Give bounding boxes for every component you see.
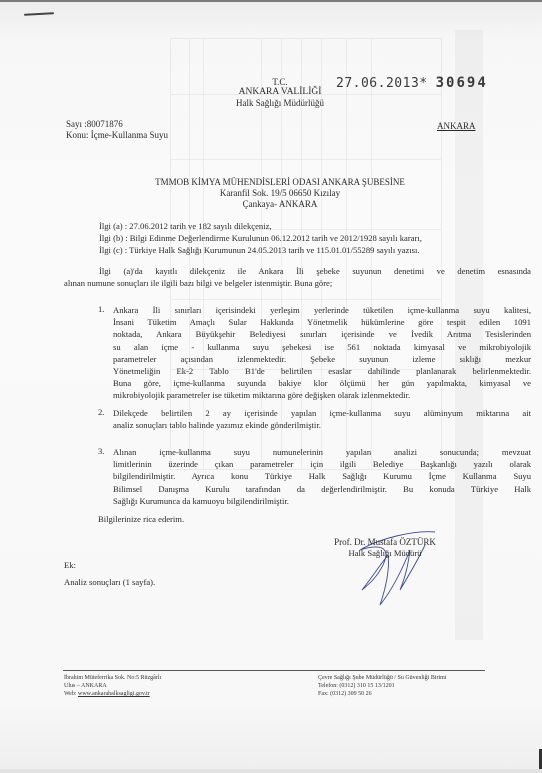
footer-address-line2: Ulus – ANKARA [64, 682, 107, 690]
recipient-city: Çankaya- ANKARA [120, 199, 440, 210]
footer-web: Web: www.ankarahalksagligi.gov.tr [64, 690, 150, 698]
item-2-text: Dilekçede belirtilen 2 ay içerisinde yap… [113, 407, 531, 431]
attachment-label: Ek: [64, 560, 76, 571]
item-3-text: Alınan içme-kullanma suyu numunelerinin … [113, 446, 531, 507]
footer-unit: Çevre Sağlığı Şube Müdürlüğü / Su Güvenl… [318, 674, 447, 682]
attachment-value: Analiz sonuçları (1 sayfa). [64, 577, 155, 588]
intro-paragraph: İlgi (a)'da kayıtlı dilekçeniz ile Ankar… [64, 265, 531, 289]
item-2-number: 2. [98, 407, 104, 417]
document-place: ANKARA [437, 121, 476, 132]
stamp-date: 27.06.2013 [336, 76, 419, 91]
signatory-name: Prof. Dr. Mustafa ÖZTÜRK [320, 537, 450, 548]
signature-scribble [340, 520, 460, 620]
footer-divider [63, 670, 485, 671]
reference-a: İlgi (a) : 27.06.2012 tarih ve 182 sayıl… [99, 221, 272, 232]
recipient-address: Karanfil Sok. 19/5 06650 Kızılay [120, 188, 440, 199]
document-number: Sayı :80071876 [66, 119, 123, 130]
signatory-title: Halk Sağlığı Müdürü [320, 548, 450, 559]
footer-web-link[interactable]: www.ankarahalksagligi.gov.tr [78, 691, 150, 697]
header-department: Halk Sağlığı Müdürlüğü [210, 98, 350, 109]
stamp-number: 30694 [436, 75, 488, 91]
document-subject: Konu: İçme-Kullanma Suyu [66, 130, 168, 141]
registry-stamp: 27.06.2013*30694 [336, 75, 488, 91]
scan-bottom-edge [0, 769, 542, 773]
item-1-text: Ankara İli sınırları içerisindeki yerleş… [113, 304, 531, 402]
reference-b: İlgi (b) : Bilgi Edinme Değerlendirme Ku… [99, 233, 422, 244]
item-1-number: 1. [98, 304, 104, 314]
footer-address-line1: İbrahim Müteferrika Sok. No:5 Rüzgârlı [64, 674, 161, 682]
item-3-number: 3. [98, 446, 104, 456]
header-institution: ANKARA VALİLİĞİ [210, 87, 350, 98]
scan-top-edge [0, 0, 542, 2]
scanned-letter-page: T.C. ANKARA VALİLİĞİ Halk Sağlığı Müdürl… [0, 0, 542, 773]
closing-line: Bilgilerinize rica ederim. [98, 514, 184, 525]
pen-mark [24, 12, 54, 16]
stamp-star: * [419, 76, 427, 91]
recipient-name: TMMOB KİMYA MÜHENDİSLERİ ODASI ANKARA ŞU… [120, 177, 440, 188]
footer-fax: Fax: (0312) 309 50 26 [318, 690, 372, 698]
footer-phone: Telefon: (0312) 310 15 13/1201 [318, 682, 395, 690]
reference-c: İlgi (c) : Türkiye Halk Sağlığı Kurumunu… [99, 245, 420, 256]
